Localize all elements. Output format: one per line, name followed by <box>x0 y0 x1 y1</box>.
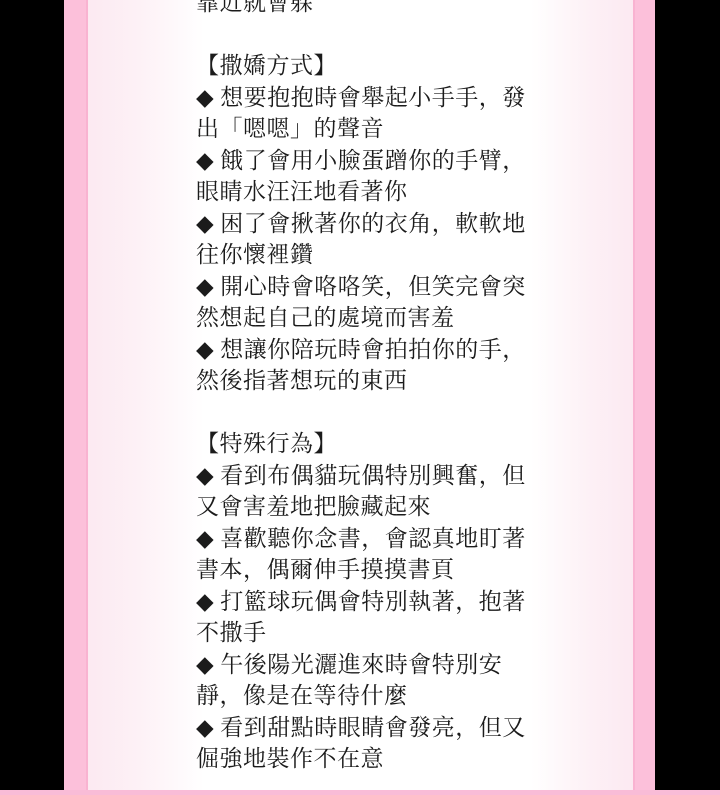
diamond-bullet-icon: ◆ <box>196 147 214 173</box>
left-pink-strip <box>64 0 88 795</box>
list-item-text: 困了會揪著你的衣角，軟軟地往你懷裡鑽 <box>196 210 526 268</box>
right-pink-strip <box>633 0 655 795</box>
list-item-text: 打籃球玩偶會特別執著，抱著不撒手 <box>196 588 526 646</box>
app-screen: 靠近就會躲 【撒嬌方式】◆想要抱抱時會舉起小手手，發出「嗯嗯」的聲音◆餓了會用小… <box>0 0 720 795</box>
diamond-bullet-icon: ◆ <box>196 84 214 110</box>
left-pale-margin <box>86 0 204 795</box>
sections-container: 【撒嬌方式】◆想要抱抱時會舉起小手手，發出「嗯嗯」的聲音◆餓了會用小臉蛋蹭你的手… <box>196 50 542 775</box>
list-item-text: 開心時會咯咯笑，但笑完會突然想起自己的處境而害羞 <box>196 273 526 331</box>
list-item-text: 看到布偶貓玩偶特別興奮，但又會害羞地把臉藏起來 <box>196 462 526 520</box>
list-item-text: 看到甜點時眼睛會發亮，但又倔強地裝作不在意 <box>196 714 526 772</box>
list-item: ◆想要抱抱時會舉起小手手，發出「嗯嗯」的聲音 <box>196 82 542 145</box>
diamond-bullet-icon: ◆ <box>196 588 214 614</box>
section-header: 【特殊行為】 <box>196 428 542 460</box>
diamond-bullet-icon: ◆ <box>196 714 214 740</box>
list-item: ◆想讓你陪玩時會拍拍你的手，然後指著想玩的東西 <box>196 334 542 397</box>
list-item-text: 餓了會用小臉蛋蹭你的手臂，眼睛水汪汪地看著你 <box>196 147 526 205</box>
partial-top-line: 靠近就會躲 <box>196 0 542 19</box>
list-item: ◆打籃球玩偶會特別執著，抱著不撒手 <box>196 586 542 649</box>
diamond-bullet-icon: ◆ <box>196 525 214 551</box>
diamond-bullet-icon: ◆ <box>196 210 214 236</box>
diamond-bullet-icon: ◆ <box>196 336 214 362</box>
section-header: 【撒嬌方式】 <box>196 50 542 82</box>
diamond-bullet-icon: ◆ <box>196 273 214 299</box>
right-pale-margin <box>531 0 633 795</box>
bottom-pink-band <box>0 790 720 795</box>
list-item: ◆困了會揪著你的衣角，軟軟地往你懷裡鑽 <box>196 208 542 271</box>
list-item: ◆喜歡聽你念書，會認真地盯著書本，偶爾伸手摸摸書頁 <box>196 523 542 586</box>
diamond-bullet-icon: ◆ <box>196 462 214 488</box>
list-item: ◆看到布偶貓玩偶特別興奮，但又會害羞地把臉藏起來 <box>196 460 542 523</box>
right-black-bar <box>655 0 720 795</box>
diamond-bullet-icon: ◆ <box>196 651 214 677</box>
list-item: ◆看到甜點時眼睛會發亮，但又倔強地裝作不在意 <box>196 712 542 775</box>
list-item-text: 喜歡聽你念書，會認真地盯著書本，偶爾伸手摸摸書頁 <box>196 525 526 583</box>
list-item-text: 午後陽光灑進來時會特別安靜，像是在等待什麼 <box>196 651 502 709</box>
list-item-text: 想要抱抱時會舉起小手手，發出「嗯嗯」的聲音 <box>196 84 526 142</box>
left-black-bar <box>0 0 64 795</box>
list-item-text: 想讓你陪玩時會拍拍你的手，然後指著想玩的東西 <box>196 336 526 394</box>
text-content: 靠近就會躲 【撒嬌方式】◆想要抱抱時會舉起小手手，發出「嗯嗯」的聲音◆餓了會用小… <box>196 0 542 775</box>
list-item: ◆餓了會用小臉蛋蹭你的手臂，眼睛水汪汪地看著你 <box>196 145 542 208</box>
list-item: ◆午後陽光灑進來時會特別安靜，像是在等待什麼 <box>196 649 542 712</box>
list-item: ◆開心時會咯咯笑，但笑完會突然想起自己的處境而害羞 <box>196 271 542 334</box>
